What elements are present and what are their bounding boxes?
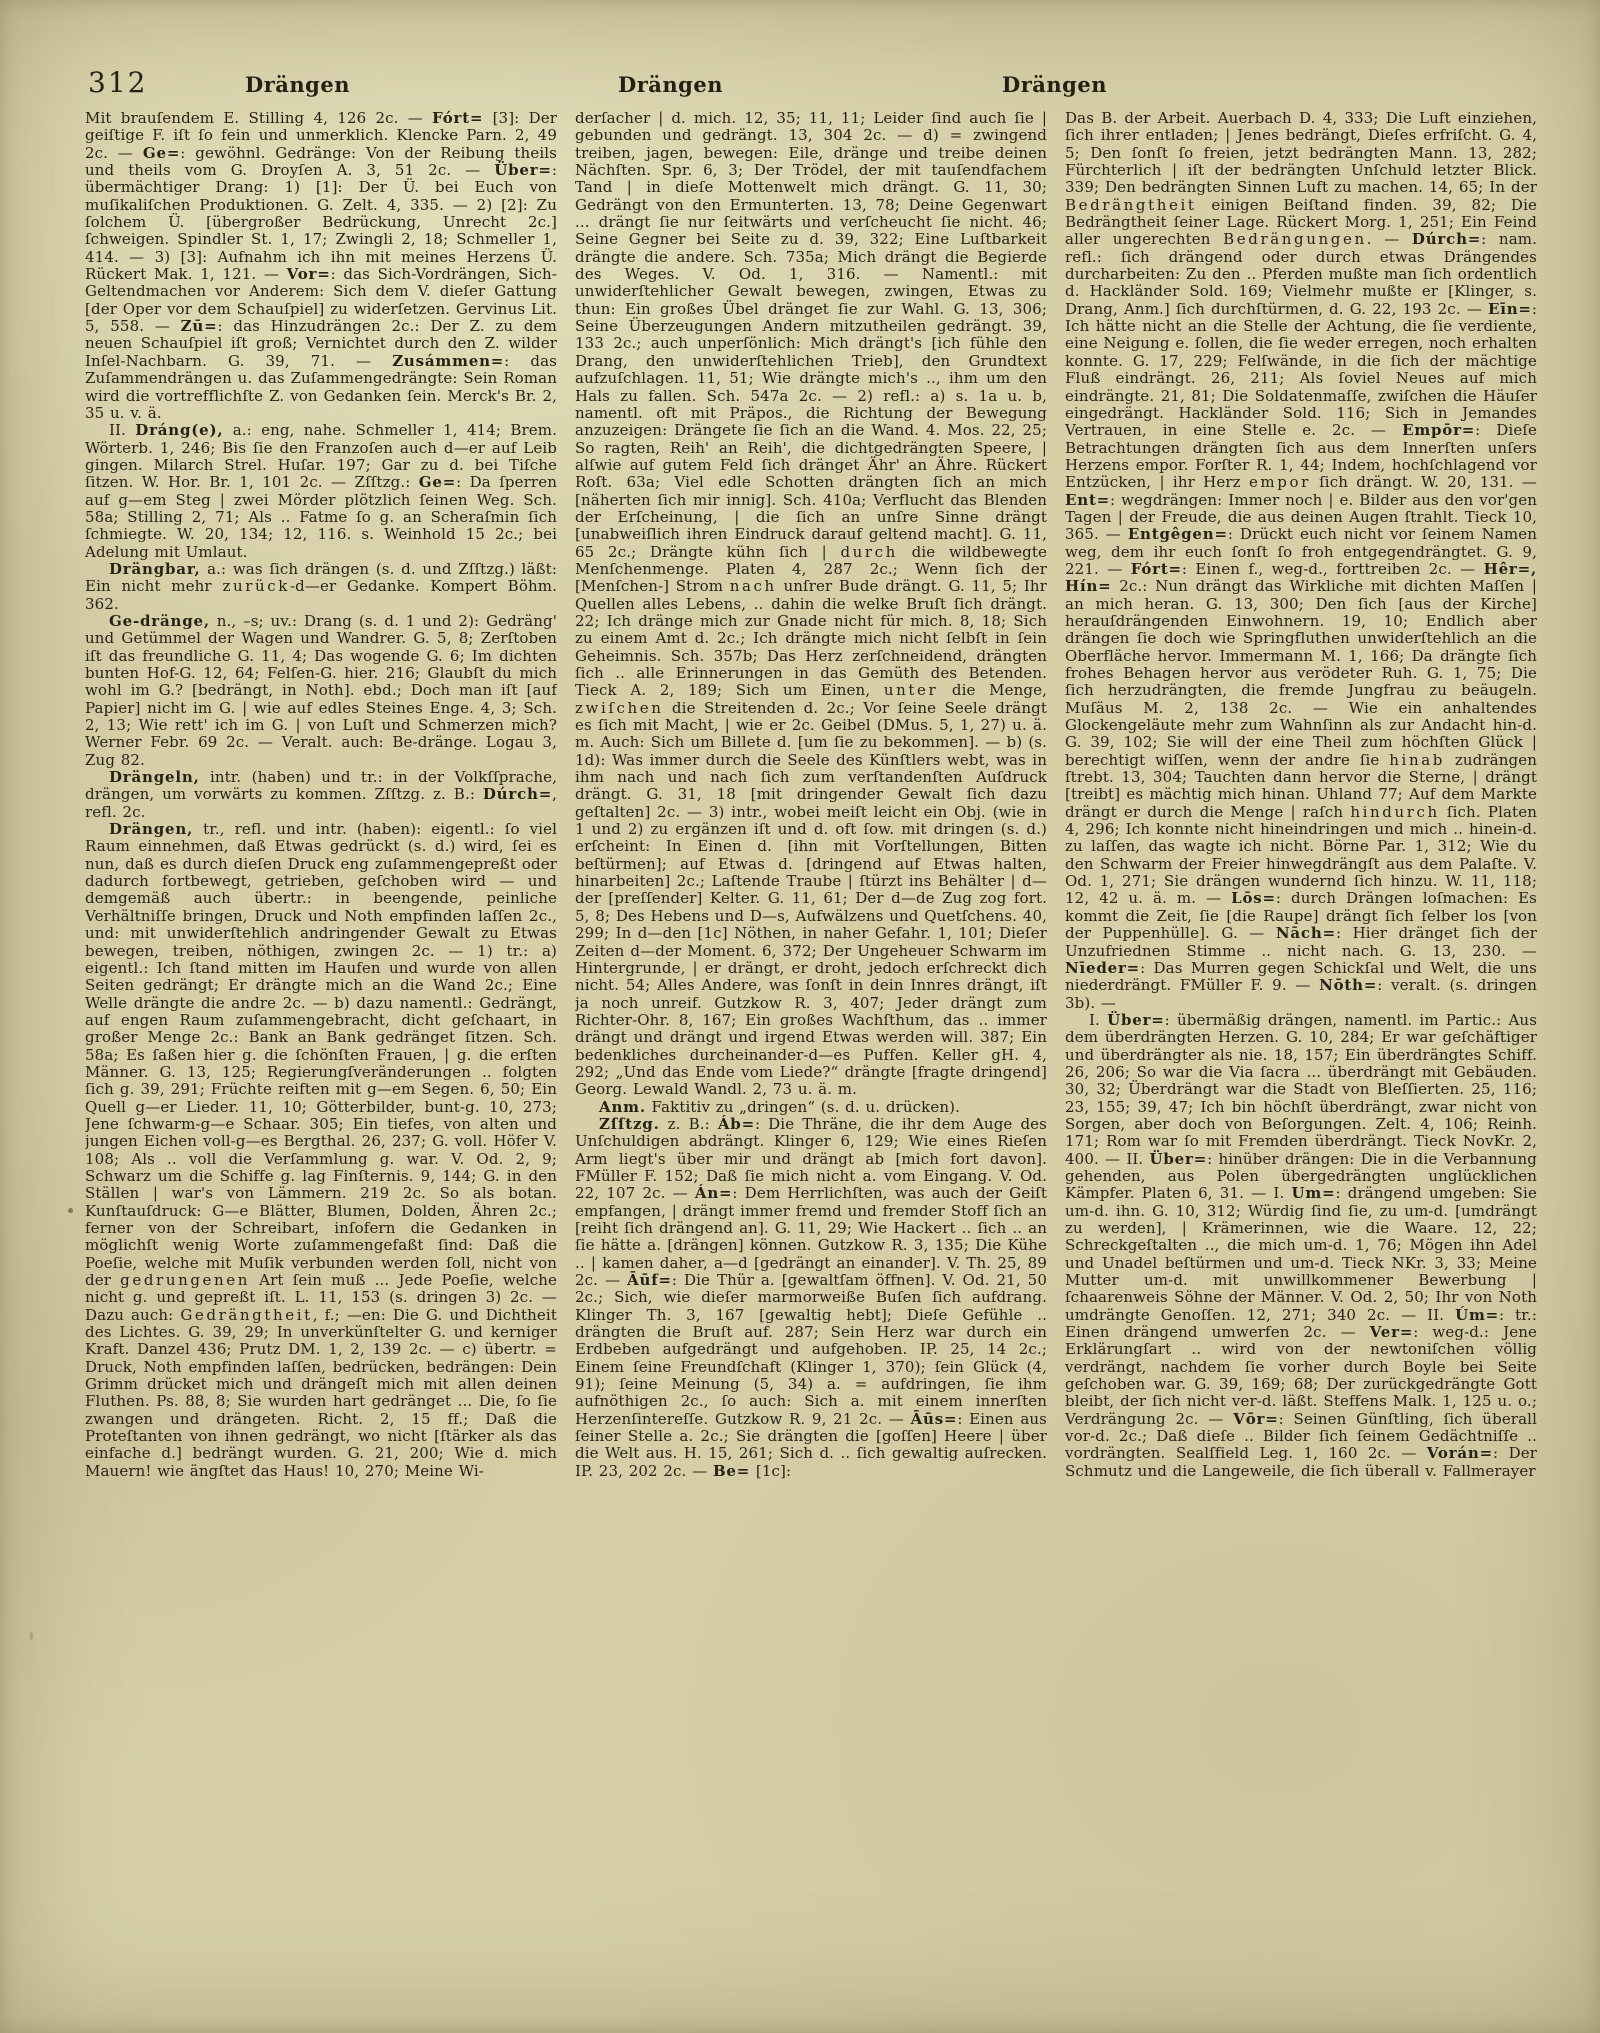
paragraph: Das B. der Arbeit. Auerbach D. 4, 333; D… (1065, 110, 1537, 1012)
page-number: 312 (88, 66, 147, 99)
paragraph: Anm. Faktitiv zu „dringen“ (s. d. u. drü… (575, 1099, 1047, 1116)
paragraph: I. Über=: übermäßig drängen, namentl. im… (1065, 1012, 1537, 1480)
running-head-column-2: Drängen (618, 72, 723, 97)
paragraph: Ge-dränge, n., –s; uv.: Drang (s. d. 1 u… (85, 613, 557, 769)
paper-speck (30, 1632, 33, 1640)
text-columns: Mit brauſendem E. Stilling 4, 126 2c. — … (85, 110, 1537, 1910)
scanned-dictionary-page: 312 Drängen Drängen Drängen Mit brauſend… (0, 0, 1600, 2033)
column-3: Das B. der Arbeit. Auerbach D. 4, 333; D… (1065, 110, 1537, 1910)
paragraph: derſacher | d. mich. 12, 35; 11, 11; Lei… (575, 110, 1047, 1099)
paragraph: Drängbar, a.: was ſich drängen (s. d. un… (85, 561, 557, 613)
paragraph: Mit brauſendem E. Stilling 4, 126 2c. — … (85, 110, 557, 422)
running-head-column-3: Drängen (1002, 72, 1107, 97)
paragraph: Drängen, tr., refl. und intr. (haben): e… (85, 821, 557, 1480)
paragraph: Drängeln, intr. (haben) und tr.: in der … (85, 769, 557, 821)
paper-speck (68, 1208, 73, 1213)
column-2: derſacher | d. mich. 12, 35; 11, 11; Lei… (575, 110, 1047, 1910)
paragraph: Zſſtzg. z. B.: Áb=: Die Thräne, die ihr … (575, 1116, 1047, 1480)
paragraph: II. Dráng(e), a.: eng, nahe. Schmeller 1… (85, 422, 557, 561)
column-1: Mit brauſendem E. Stilling 4, 126 2c. — … (85, 110, 557, 1910)
running-head-column-1: Drängen (245, 72, 350, 97)
